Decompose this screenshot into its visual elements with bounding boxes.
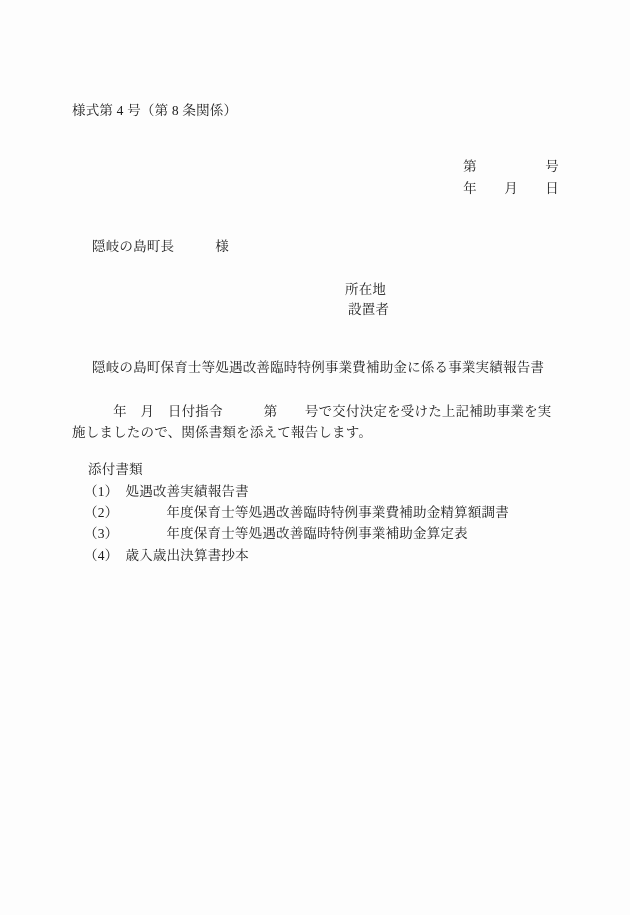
date-line: 年 月 日 — [463, 180, 559, 197]
attachment-item-1: （1） 処遇改善実績報告書 — [84, 483, 249, 500]
document-title: 隠岐の島町保育士等処遇改善臨時特例事業費補助金に係る事業実績報告書 — [92, 359, 544, 376]
attachment-item-3: （3） 年度保育士等処遇改善臨時特例事業補助金算定表 — [84, 525, 468, 542]
sender-location-label: 所在地 — [345, 281, 386, 298]
body-text-line-2: 施しましたので、関係書類を添えて報告します。 — [72, 424, 372, 441]
attachments-heading: 添付書類 — [88, 461, 143, 478]
sender-founder-label: 設置者 — [348, 301, 389, 318]
document-number-line: 第 号 — [463, 158, 559, 175]
body-text-line-1: 年 月 日付指令 第 号で交付決定を受けた上記補助事業を実 — [72, 403, 552, 420]
form-number: 様式第 4 号（第 8 条関係） — [72, 102, 237, 119]
attachment-item-4: （4） 歳入歳出決算書抄本 — [84, 547, 249, 564]
addressee-line: 隠岐の島町長 様 — [92, 238, 229, 255]
document-page: 様式第 4 号（第 8 条関係） 第 号 年 月 日 隠岐の島町長 様 所在地 … — [0, 0, 630, 915]
attachment-item-2: （2） 年度保育士等処遇改善臨時特例事業費補助金精算額調書 — [84, 504, 509, 521]
